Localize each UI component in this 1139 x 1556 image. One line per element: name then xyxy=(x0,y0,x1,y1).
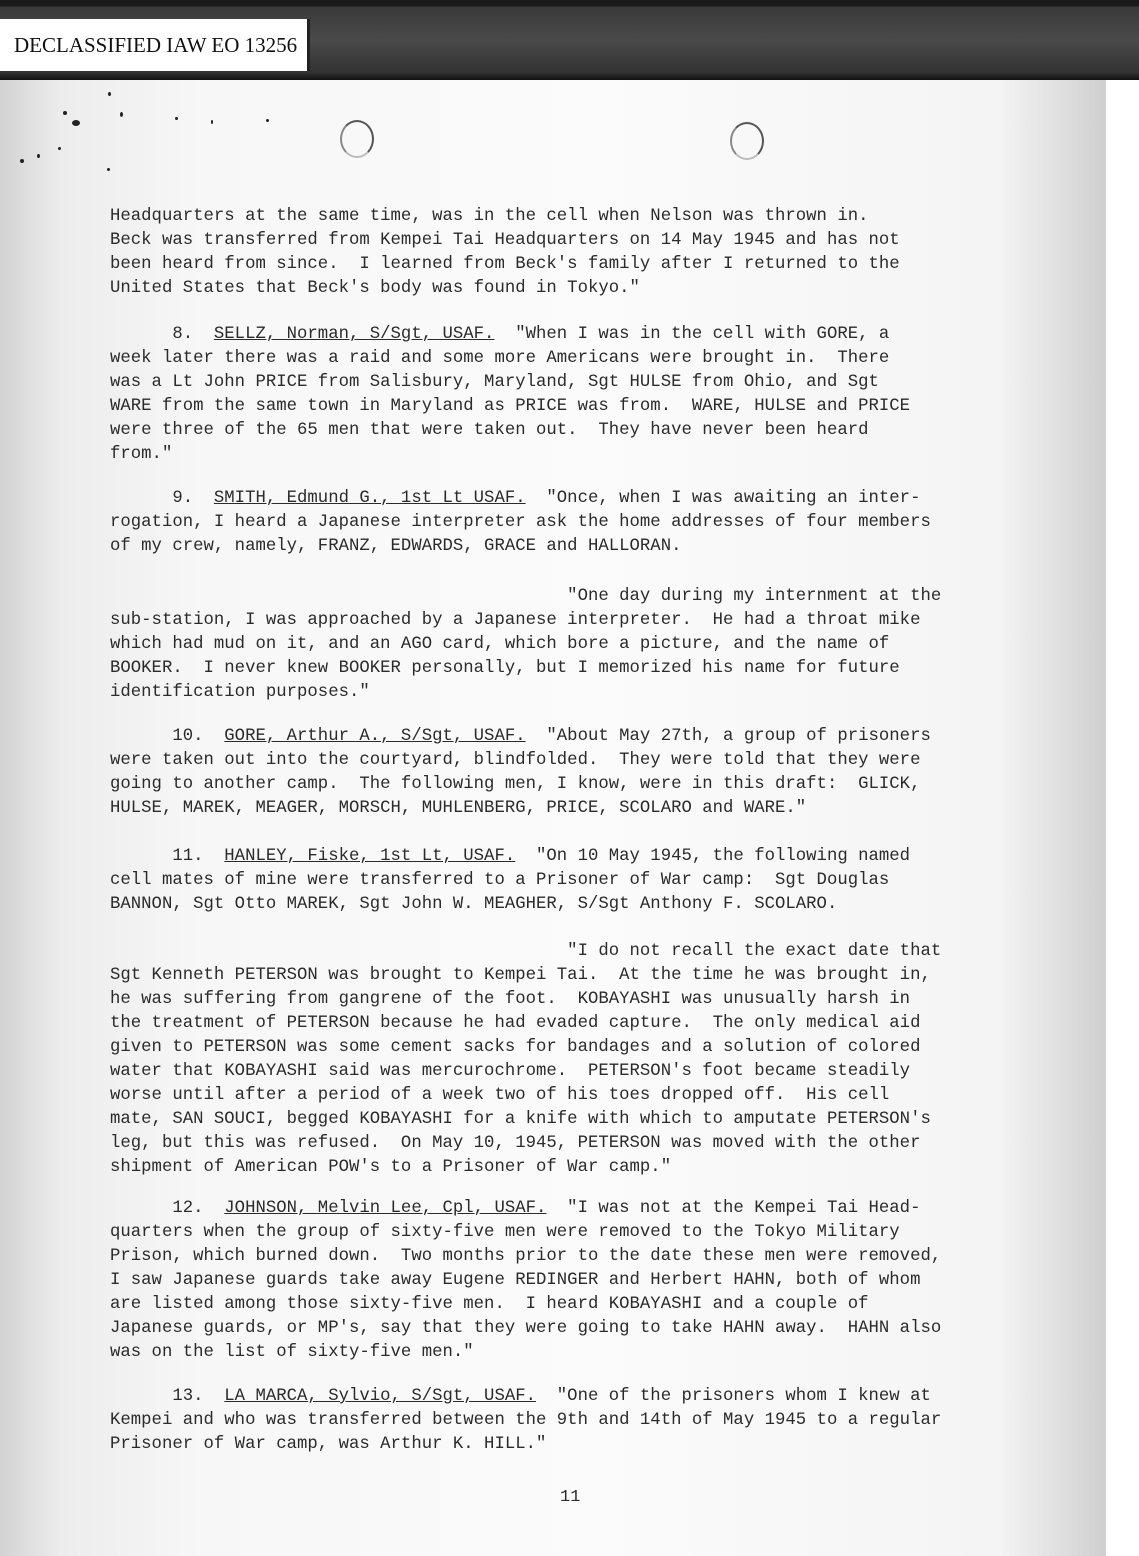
text-line: sub-station, I was approached by a Japan… xyxy=(110,609,1040,633)
text-line: identification purposes." xyxy=(110,681,1040,705)
text-line: been heard from since. I learned from Be… xyxy=(110,253,1040,277)
text-line: Headquarters at the same time, was in th… xyxy=(110,205,1040,229)
paragraph-first-line: 11. HANLEY, Fiske, 1st Lt, USAF. "On 10 … xyxy=(110,845,1040,869)
text-line: was on the list of sixty-five men." xyxy=(110,1341,1040,1365)
paragraph-number: 10. xyxy=(110,727,224,746)
paragraph-first-line: 8. SELLZ, Norman, S/Sgt, USAF. "When I w… xyxy=(110,323,1040,347)
scan-specks xyxy=(0,80,300,200)
text-line: Sgt Kenneth PETERSON was brought to Kemp… xyxy=(110,964,1040,988)
paragraph-p11b: "I do not recall the exact date thatSgt … xyxy=(110,940,1040,1180)
paragraph-first-line: 10. GORE, Arthur A., S/Sgt, USAF. "About… xyxy=(110,725,1040,749)
witness-name: GORE, Arthur A., S/Sgt, USAF. xyxy=(224,727,525,746)
statement-start: "When I was in the cell with GORE, a xyxy=(494,325,889,344)
statement-start: "I was not at the Kempei Tai Head- xyxy=(546,1199,920,1218)
text-line: water that KOBAYASHI said was mercurochr… xyxy=(110,1060,1040,1084)
paragraph-p12: 12. JOHNSON, Melvin Lee, Cpl, USAF. "I w… xyxy=(110,1197,1040,1365)
paragraph-number: 11. xyxy=(110,847,224,866)
statement-continuation-start: "One day during my internment at the xyxy=(110,585,1040,609)
witness-name: SELLZ, Norman, S/Sgt, USAF. xyxy=(214,325,495,344)
statement-start: "One of the prisoners whom I knew at xyxy=(536,1387,931,1406)
statement-continuation-start: "I do not recall the exact date that xyxy=(110,940,1040,964)
text-line: are listed among those sixty-five men. I… xyxy=(110,1293,1040,1317)
witness-name: JOHNSON, Melvin Lee, Cpl, USAF. xyxy=(224,1199,546,1218)
text-line: from." xyxy=(110,443,1040,467)
text-line: he was suffering from gangrene of the fo… xyxy=(110,988,1040,1012)
text-line: shipment of American POW's to a Prisoner… xyxy=(110,1156,1040,1180)
text-line: cell mates of mine were transferred to a… xyxy=(110,869,1040,893)
paragraph-first-line: 13. LA MARCA, Sylvio, S/Sgt, USAF. "One … xyxy=(110,1385,1040,1409)
paragraph-number: 8. xyxy=(110,325,214,344)
paragraph-first-line: 9. SMITH, Edmund G., 1st Lt USAF. "Once,… xyxy=(110,487,1040,511)
text-line: BOOKER. I never knew BOOKER personally, … xyxy=(110,657,1040,681)
paragraph-cont: Headquarters at the same time, was in th… xyxy=(110,205,1040,301)
text-line: was a Lt John PRICE from Salisbury, Mary… xyxy=(110,371,1040,395)
text-line: BANNON, Sgt Otto MAREK, Sgt John W. MEAG… xyxy=(110,893,1040,917)
text-line: given to PETERSON was some cement sacks … xyxy=(110,1036,1040,1060)
paragraph-p13: 13. LA MARCA, Sylvio, S/Sgt, USAF. "One … xyxy=(110,1385,1040,1457)
statement-start: "About May 27th, a group of prisoners xyxy=(526,727,931,746)
witness-name: HANLEY, Fiske, 1st Lt, USAF. xyxy=(224,847,515,866)
text-line: United States that Beck's body was found… xyxy=(110,277,1040,301)
page-number: 11 xyxy=(560,1488,580,1507)
text-line: WARE from the same town in Maryland as P… xyxy=(110,395,1040,419)
paragraph-p9: 9. SMITH, Edmund G., 1st Lt USAF. "Once,… xyxy=(110,487,1040,559)
text-line: Kempei and who was transferred between t… xyxy=(110,1409,1040,1433)
statement-start: "On 10 May 1945, the following named xyxy=(515,847,910,866)
text-line: the treatment of PETERSON because he had… xyxy=(110,1012,1040,1036)
paragraph-p9b: "One day during my internment at thesub-… xyxy=(110,585,1040,705)
paragraph-p11: 11. HANLEY, Fiske, 1st Lt, USAF. "On 10 … xyxy=(110,845,1040,917)
text-line: Prisoner of War camp, was Arthur K. HILL… xyxy=(110,1433,1040,1457)
text-line: leg, but this was refused. On May 10, 19… xyxy=(110,1132,1040,1156)
text-line: going to another camp. The following men… xyxy=(110,773,1040,797)
text-line: Prison, which burned down. Two months pr… xyxy=(110,1245,1040,1269)
text-line: HULSE, MAREK, MEAGER, MORSCH, MUHLENBERG… xyxy=(110,797,1040,821)
text-line: week later there was a raid and some mor… xyxy=(110,347,1040,371)
text-line: worse until after a period of a week two… xyxy=(110,1084,1040,1108)
text-line: rogation, I heard a Japanese interpreter… xyxy=(110,511,1040,535)
text-line: I saw Japanese guards take away Eugene R… xyxy=(110,1269,1040,1293)
witness-name: LA MARCA, Sylvio, S/Sgt, USAF. xyxy=(224,1387,536,1406)
paragraph-number: 9. xyxy=(110,489,214,508)
paragraph-p8: 8. SELLZ, Norman, S/Sgt, USAF. "When I w… xyxy=(110,323,1040,467)
paragraph-p10: 10. GORE, Arthur A., S/Sgt, USAF. "About… xyxy=(110,725,1040,821)
text-line: quarters when the group of sixty-five me… xyxy=(110,1221,1040,1245)
text-line: which had mud on it, and an AGO card, wh… xyxy=(110,633,1040,657)
paragraph-number: 13. xyxy=(110,1387,224,1406)
punch-hole-left xyxy=(340,120,374,158)
declassified-stamp: DECLASSIFIED IAW EO 13256 xyxy=(0,19,310,71)
paragraph-number: 12. xyxy=(110,1199,224,1218)
text-line: of my crew, namely, FRANZ, EDWARDS, GRAC… xyxy=(110,535,1040,559)
text-line: Japanese guards, or MP's, say that they … xyxy=(110,1317,1040,1341)
text-line: were taken out into the courtyard, blind… xyxy=(110,749,1040,773)
page-margin xyxy=(1106,80,1139,1556)
witness-name: SMITH, Edmund G., 1st Lt USAF. xyxy=(214,489,526,508)
statement-start: "Once, when I was awaiting an inter- xyxy=(526,489,921,508)
text-line: were three of the 65 men that were taken… xyxy=(110,419,1040,443)
text-line: mate, SAN SOUCI, begged KOBAYASHI for a … xyxy=(110,1108,1040,1132)
punch-hole-right xyxy=(730,122,764,160)
text-line: Beck was transferred from Kempei Tai Hea… xyxy=(110,229,1040,253)
paragraph-first-line: 12. JOHNSON, Melvin Lee, Cpl, USAF. "I w… xyxy=(110,1197,1040,1221)
